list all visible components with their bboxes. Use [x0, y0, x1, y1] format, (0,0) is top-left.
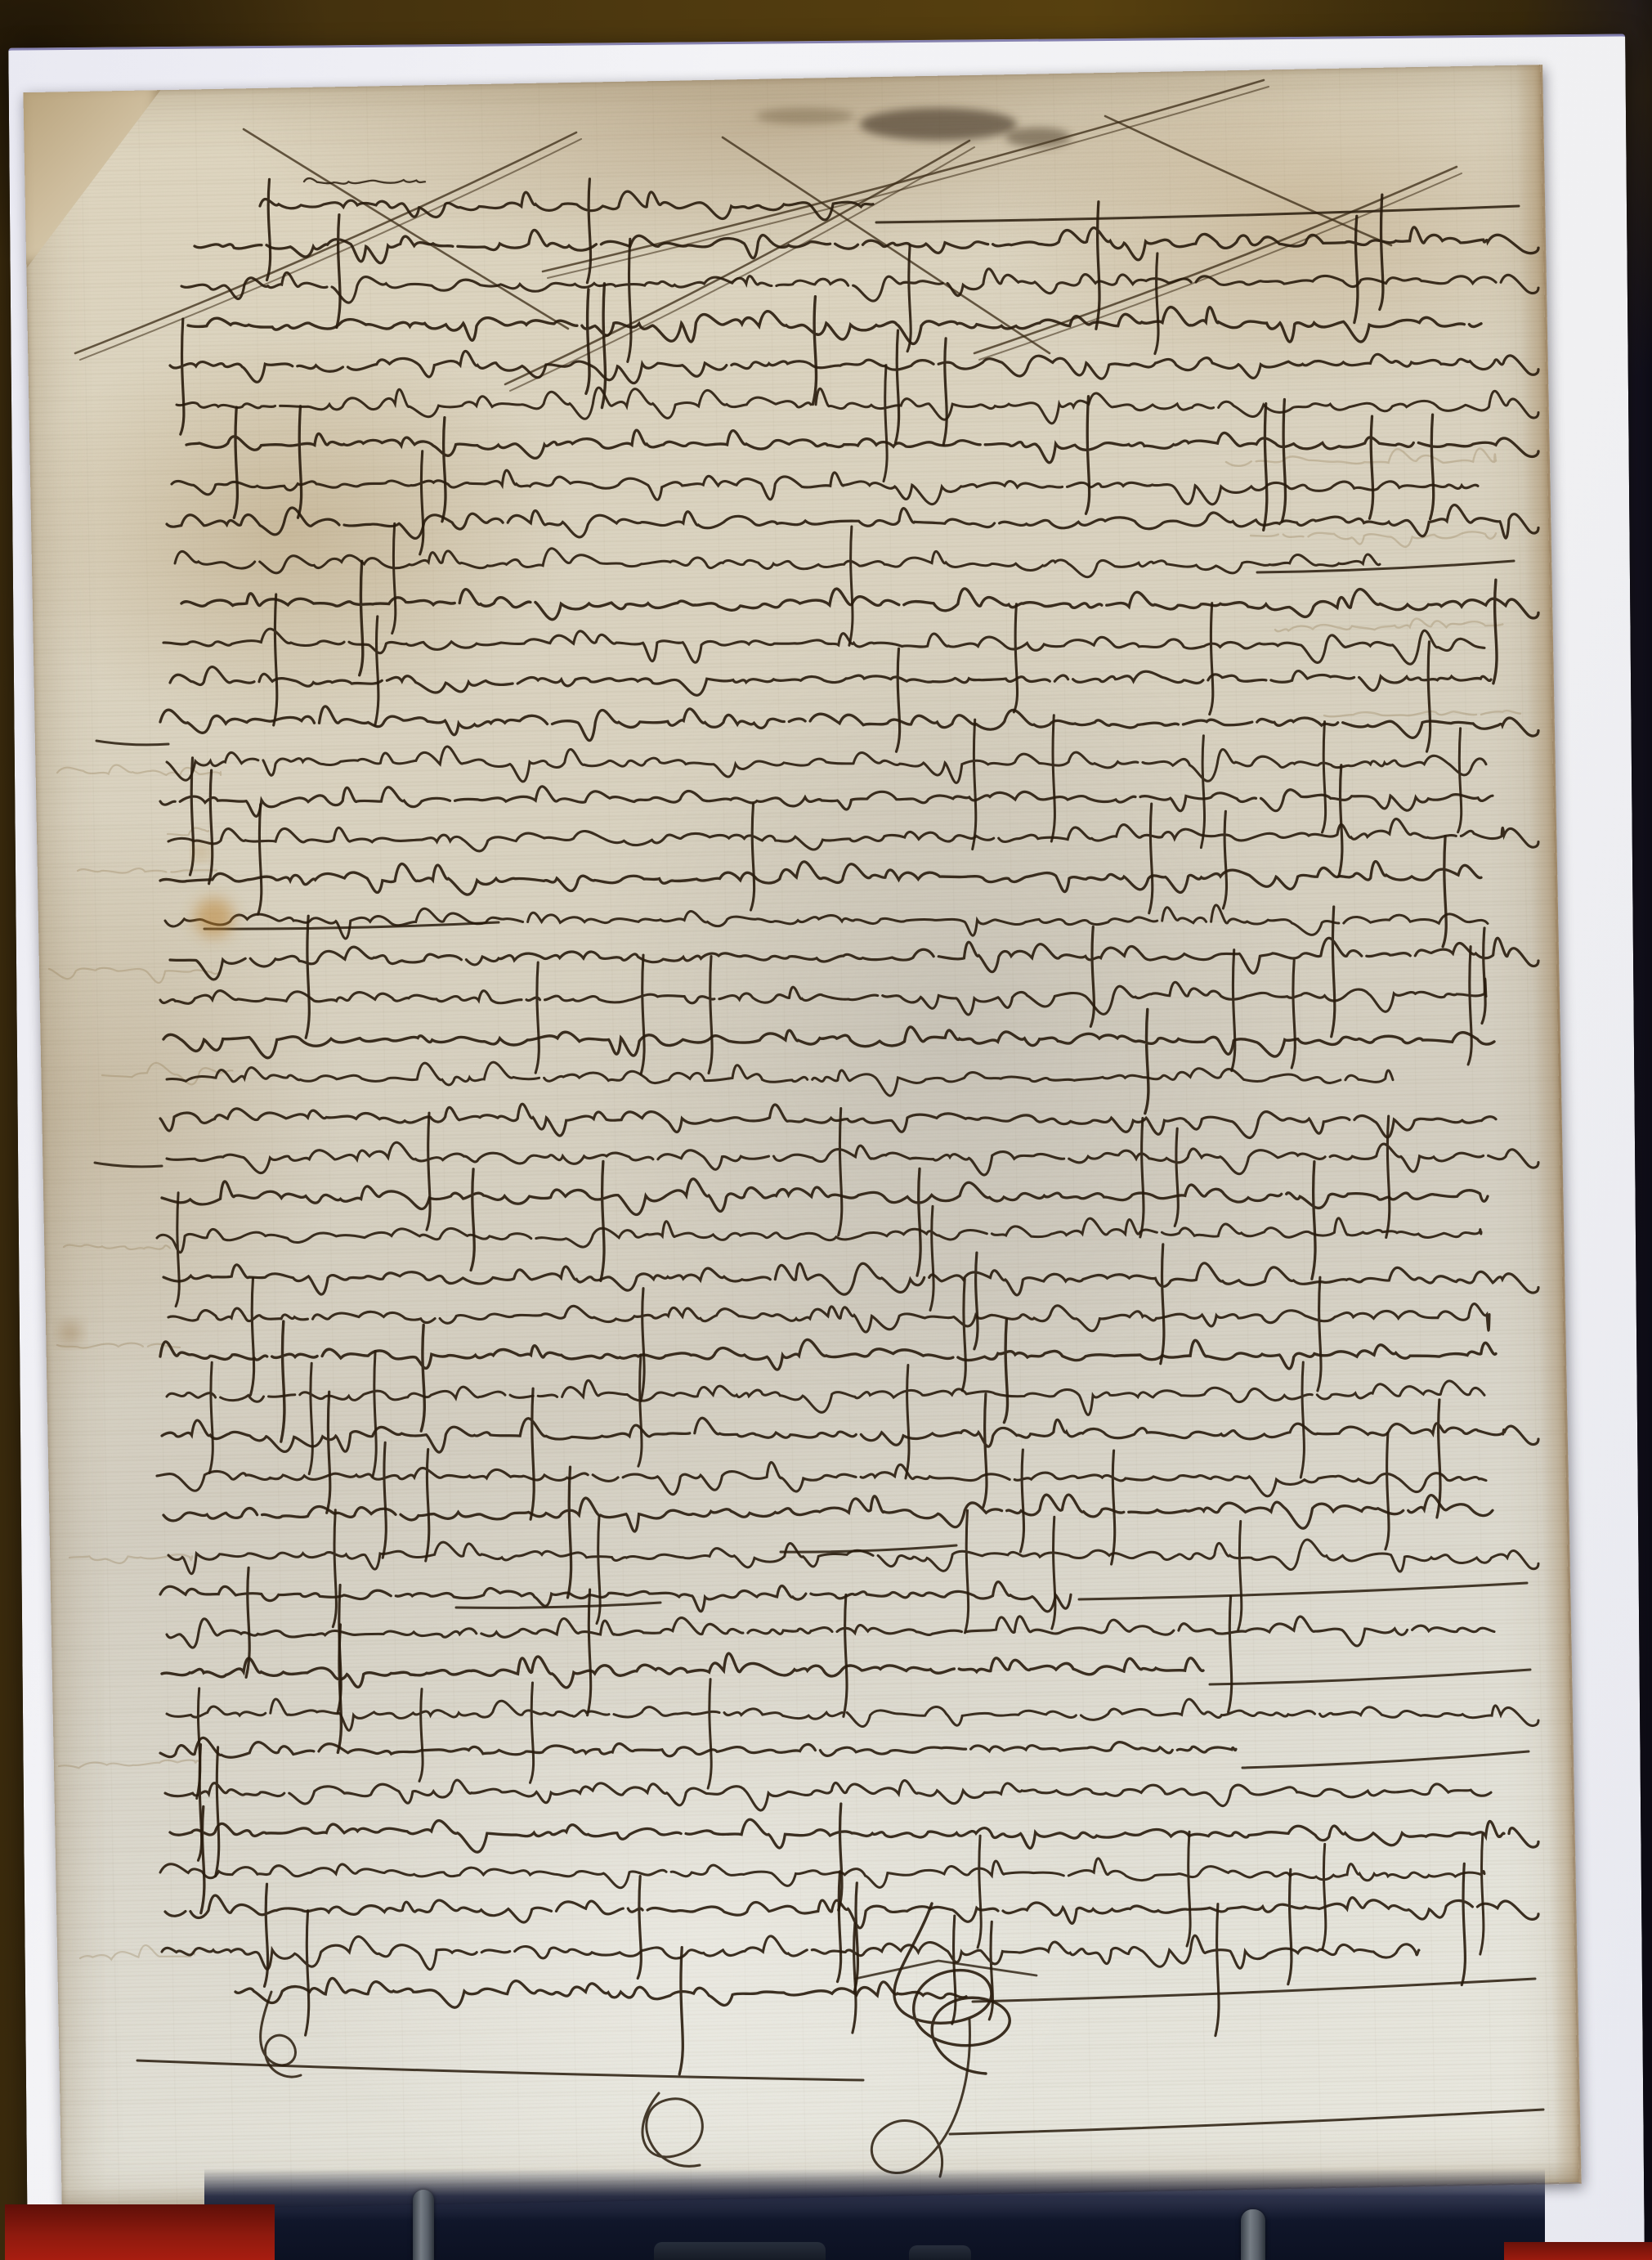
diagonal-pen-strokes	[75, 80, 1462, 391]
ruled-flourish-lines	[95, 206, 1543, 2134]
red-base-right	[1504, 2242, 1652, 2260]
red-base-left	[5, 2204, 275, 2260]
photo-of-manuscript	[0, 0, 1652, 2260]
bleed-through-ghost-writing	[49, 449, 1520, 1960]
bottom-shadow-band	[204, 2168, 1545, 2260]
ink-smudges	[756, 108, 1071, 147]
display-stand-prong-left	[413, 2190, 434, 2260]
display-stand-foot	[909, 2245, 971, 2260]
display-stand-foot	[654, 2242, 826, 2260]
paper-stains	[60, 845, 234, 1343]
display-stand-prong-right	[1241, 2209, 1265, 2260]
signature-rubric-flourish	[261, 1904, 1036, 2177]
handwriting-ink-layer	[0, 0, 1652, 2260]
